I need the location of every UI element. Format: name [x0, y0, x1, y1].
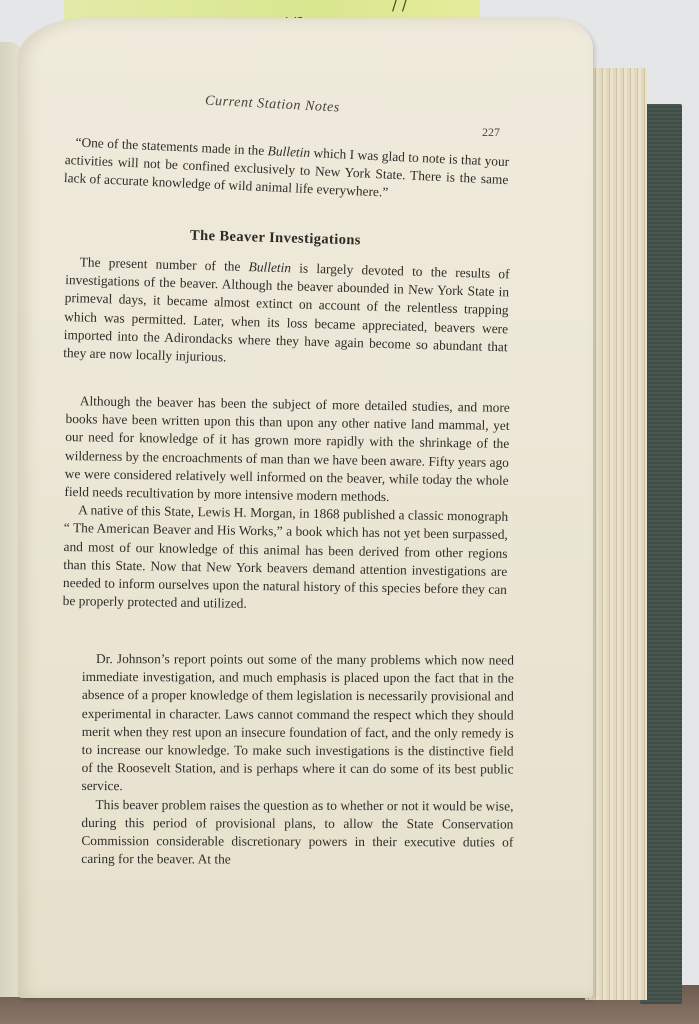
paragraph-1: The present number of the Bulletin is la…	[63, 253, 510, 375]
paragraph-5: This beaver problem raises the question …	[81, 796, 513, 870]
paragraphs-4-5: Dr. Johnson’s report points out some of …	[81, 650, 514, 870]
page-number: 227	[482, 125, 500, 140]
paragraph-3: A native of this State, Lewis H. Morgan,…	[63, 501, 509, 617]
page-edges	[585, 68, 647, 1000]
italic-title: Bulletin	[248, 259, 291, 275]
text-run: is largely devoted to the results of inv…	[63, 260, 510, 364]
paragraph-2: Although the beaver has been the subject…	[64, 392, 510, 508]
paragraph-4: Dr. Johnson’s report points out some of …	[81, 650, 514, 797]
handwritten-mark: / /	[392, 0, 407, 14]
italic-title: Bulletin	[267, 143, 310, 160]
text-run: The present number of the	[80, 254, 249, 274]
paragraphs-2-3: Although the beaver has been the subject…	[63, 392, 510, 617]
